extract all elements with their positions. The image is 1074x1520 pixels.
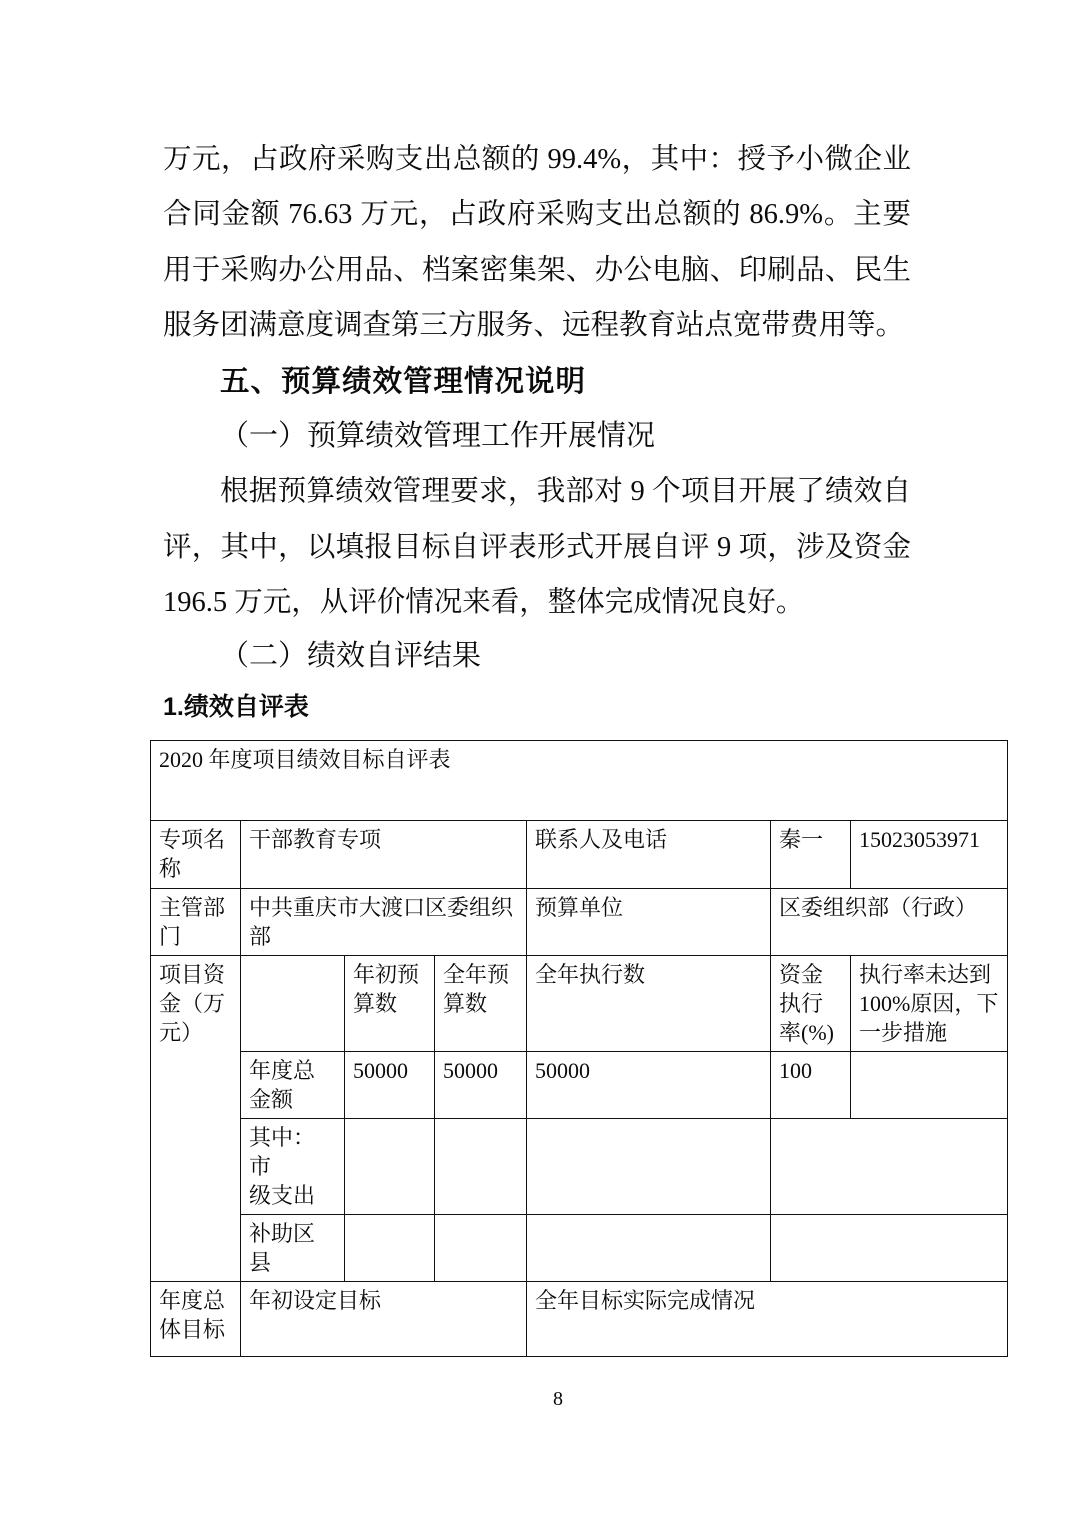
subsidy-execution — [527, 1215, 771, 1282]
annual-overall-goal-label: 年度总 体目标 — [151, 1282, 241, 1357]
annual-total-reason — [851, 1052, 1008, 1119]
table-title-cell: 2020 年度项目绩效目标自评表 — [151, 741, 1008, 821]
paragraph-line: 评，其中，以填报目标自评表形式开展自评 9 项，涉及资金 — [163, 520, 911, 576]
subsidy-initial-budget — [345, 1215, 435, 1282]
city-level-initial-budget — [345, 1119, 435, 1215]
annual-total-initial-budget: 50000 — [345, 1052, 435, 1119]
project-funds-label: 项目资 金（万 元） — [151, 956, 241, 1282]
table-caption: 1.绩效自评表 — [163, 692, 309, 722]
annual-total-annual-budget: 50000 — [435, 1052, 527, 1119]
annual-execution-header: 全年执行数 — [527, 956, 771, 1052]
supervisor-dept-value: 中共重庆市大渡口区委组织 部 — [241, 889, 527, 956]
subsidy-annual-budget — [435, 1215, 527, 1282]
budget-unit-label: 预算单位 — [527, 889, 771, 956]
subsection-heading: （二）绩效自评结果 — [163, 629, 911, 685]
city-level-execution — [527, 1119, 771, 1215]
subsidy-rate-reason — [771, 1215, 1008, 1282]
execution-reason-header: 执行率未达到 100%原因，下 一步措施 — [851, 956, 1008, 1052]
subsidy-district-label: 补助区 县 — [241, 1215, 345, 1282]
supervisor-dept-label: 主管部 门 — [151, 889, 241, 956]
paragraph-line: 服务团满意度调查第三方服务、远程教育站点宽带费用等。 — [163, 298, 911, 354]
budget-unit-value: 区委组织部（行政） — [771, 889, 1008, 956]
city-level-spending-label: 其中：市 级支出 — [241, 1119, 345, 1215]
initial-budget-header: 年初预 算数 — [345, 956, 435, 1052]
goal-completion-header: 全年目标实际完成情况 — [527, 1282, 1008, 1357]
initial-goal-header: 年初设定目标 — [241, 1282, 527, 1357]
document-page: 万元，占政府采购支出总额的 99.4%，其中：授予小微企业 合同金额 76.63… — [0, 0, 1074, 1520]
annual-budget-header: 全年预 算数 — [435, 956, 527, 1052]
paragraph-line: 合同金额 76.63 万元，占政府采购支出总额的 86.9%。主要 — [163, 187, 911, 243]
annual-total-label: 年度总 金额 — [241, 1052, 345, 1119]
section-heading: 五、预算绩效管理情况说明 — [163, 354, 911, 410]
annual-total-rate: 100 — [771, 1052, 851, 1119]
funds-blank-header — [241, 956, 345, 1052]
execution-rate-header: 资金 执行 率(%) — [771, 956, 851, 1052]
special-project-name-label: 专项名 称 — [151, 821, 241, 889]
paragraph-line: 用于采购办公用品、档案密集架、办公电脑、印刷品、民生 — [163, 243, 911, 299]
paragraph-line: 万元，占政府采购支出总额的 99.4%，其中：授予小微企业 — [163, 132, 911, 188]
contact-label: 联系人及电话 — [527, 821, 771, 889]
subsection-heading: （一）预算绩效管理工作开展情况 — [163, 409, 911, 465]
paragraph-line: 根据预算绩效管理要求，我部对 9 个项目开展了绩效自 — [163, 464, 911, 520]
contact-phone: 15023053971 — [851, 821, 1008, 889]
city-level-rate-reason — [771, 1119, 1008, 1215]
annual-total-execution: 50000 — [527, 1052, 771, 1119]
special-project-name-value: 干部教育专项 — [241, 821, 527, 889]
city-level-annual-budget — [435, 1119, 527, 1215]
contact-name: 秦一 — [771, 821, 851, 889]
paragraph-line: 196.5 万元，从评价情况来看，整体完成情况良好。 — [163, 575, 911, 631]
performance-self-evaluation-table: 2020 年度项目绩效目标自评表 专项名 称 干部教育专项 联系人及电话 秦一 … — [150, 740, 1008, 1357]
page-number: 8 — [0, 1388, 1074, 1410]
